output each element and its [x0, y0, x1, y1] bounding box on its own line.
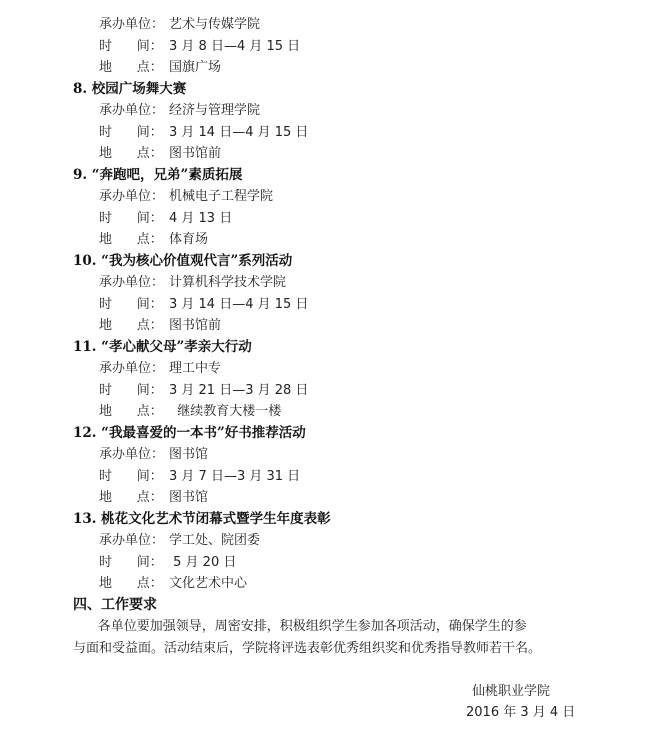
signature-date: 2016 年 3 月 4 日 — [466, 702, 575, 723]
item-8-time: 时 间：3 月 14 日—4 月 15 日 — [99, 122, 308, 143]
place-label: 地 点： — [99, 143, 169, 164]
organizer-value: 图书馆 — [169, 447, 208, 462]
time-value: 4 月 13 日 — [169, 211, 232, 226]
place-value: 图书馆前 — [169, 318, 221, 333]
document-page: 承办单位：艺术与传媒学院 时 间：3 月 8 日—4 月 15 日 地 点：国旗… — [0, 0, 647, 739]
place-value: 图书馆 — [169, 490, 208, 505]
organizer-label: 承办单位： — [99, 186, 169, 207]
time-label: 时 间： — [99, 122, 169, 143]
organizer-label: 承办单位： — [99, 100, 169, 121]
item-9-organizer: 承办单位：机械电子工程学院 — [99, 186, 273, 207]
place-label: 地 点： — [99, 487, 169, 508]
place-label: 地 点： — [99, 401, 169, 422]
item-8-place: 地 点：图书馆前 — [99, 143, 221, 164]
section-4-paragraph-line-1: 各单位要加强领导，周密安排，积极组织学生参加各项活动，确保学生的参 — [73, 616, 573, 637]
organizer-label: 承办单位： — [99, 358, 169, 379]
time-value: 5 月 20 日 — [169, 555, 236, 570]
item-8-title: 8. 校园广场舞大赛 — [73, 79, 186, 100]
section-4-paragraph-line-2: 与面和受益面。活动结束后，学院将评选表彰优秀组织奖和优秀指导教师若干名。 — [73, 638, 573, 659]
organizer-value: 机械电子工程学院 — [169, 189, 273, 204]
place-label: 地 点： — [99, 315, 169, 336]
place-value: 文化艺术中心 — [169, 576, 247, 591]
organizer-label: 承办单位： — [99, 530, 169, 551]
item-12-place: 地 点：图书馆 — [99, 487, 208, 508]
organizer-label: 承办单位： — [99, 444, 169, 465]
organizer-label: 承办单位： — [99, 14, 169, 35]
time-value: 3 月 14 日—4 月 15 日 — [169, 125, 308, 140]
time-value: 3 月 21 日—3 月 28 日 — [169, 383, 308, 398]
time-label: 时 间： — [99, 294, 169, 315]
item-7-time: 时 间：3 月 8 日—4 月 15 日 — [99, 36, 300, 57]
place-value: 体育场 — [169, 232, 208, 247]
time-label: 时 间： — [99, 552, 169, 573]
item-13-organizer: 承办单位：学工处、院团委 — [99, 530, 260, 551]
item-8-organizer: 承办单位：经济与管理学院 — [99, 100, 260, 121]
item-9-title: 9. “奔跑吧，兄弟”素质拓展 — [73, 165, 242, 186]
organizer-value: 理工中专 — [169, 361, 221, 376]
item-11-title: 11. “孝心献父母”孝亲大行动 — [73, 337, 252, 358]
item-9-place: 地 点：体育场 — [99, 229, 208, 250]
place-value: 继续教育大楼一楼 — [169, 404, 281, 419]
time-value: 3 月 8 日—4 月 15 日 — [169, 39, 300, 54]
time-value: 3 月 14 日—4 月 15 日 — [169, 297, 308, 312]
section-4-title: 四、工作要求 — [73, 595, 157, 616]
item-9-time: 时 间：4 月 13 日 — [99, 208, 232, 229]
place-label: 地 点： — [99, 573, 169, 594]
item-13-place: 地 点：文化艺术中心 — [99, 573, 247, 594]
item-13-time: 时 间： 5 月 20 日 — [99, 552, 236, 573]
signature-organization: 仙桃职业学院 — [472, 681, 550, 702]
item-12-title: 12. “我最喜爱的一本书”好书推荐活动 — [73, 423, 306, 444]
organizer-value: 艺术与传媒学院 — [169, 17, 260, 32]
item-11-time: 时 间：3 月 21 日—3 月 28 日 — [99, 380, 308, 401]
item-7-place: 地 点：国旗广场 — [99, 57, 221, 78]
time-label: 时 间： — [99, 36, 169, 57]
organizer-label: 承办单位： — [99, 272, 169, 293]
item-7-organizer: 承办单位：艺术与传媒学院 — [99, 14, 260, 35]
item-11-place: 地 点： 继续教育大楼一楼 — [99, 401, 281, 422]
time-value: 3 月 7 日—3 月 31 日 — [169, 469, 300, 484]
organizer-value: 经济与管理学院 — [169, 103, 260, 118]
item-11-organizer: 承办单位：理工中专 — [99, 358, 221, 379]
item-10-place: 地 点：图书馆前 — [99, 315, 221, 336]
item-10-organizer: 承办单位：计算机科学技术学院 — [99, 272, 286, 293]
item-13-title: 13. 桃花文化艺术节闭幕式暨学生年度表彰 — [73, 509, 331, 530]
time-label: 时 间： — [99, 208, 169, 229]
place-label: 地 点： — [99, 57, 169, 78]
item-12-organizer: 承办单位：图书馆 — [99, 444, 208, 465]
item-12-time: 时 间：3 月 7 日—3 月 31 日 — [99, 466, 300, 487]
place-label: 地 点： — [99, 229, 169, 250]
time-label: 时 间： — [99, 380, 169, 401]
place-value: 国旗广场 — [169, 60, 221, 75]
item-10-time: 时 间：3 月 14 日—4 月 15 日 — [99, 294, 308, 315]
organizer-value: 学工处、院团委 — [169, 533, 260, 548]
place-value: 图书馆前 — [169, 146, 221, 161]
organizer-value: 计算机科学技术学院 — [169, 275, 286, 290]
time-label: 时 间： — [99, 466, 169, 487]
item-10-title: 10. “我为核心价值观代言”系列活动 — [73, 251, 292, 272]
